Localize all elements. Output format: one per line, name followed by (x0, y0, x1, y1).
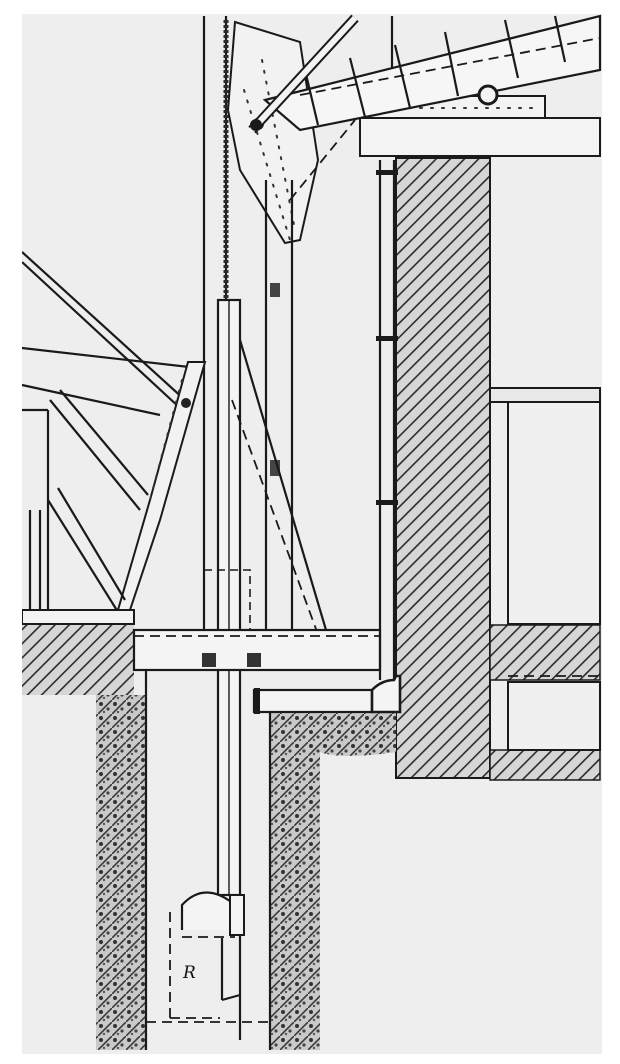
ground-beams (134, 630, 380, 670)
top-border (0, 0, 620, 14)
engineering-drawing: R (0, 0, 620, 1064)
left-border (0, 0, 22, 1064)
drawing-canvas: R (0, 0, 620, 1064)
right-border (602, 0, 620, 1064)
reservoir-label: R (182, 963, 196, 983)
